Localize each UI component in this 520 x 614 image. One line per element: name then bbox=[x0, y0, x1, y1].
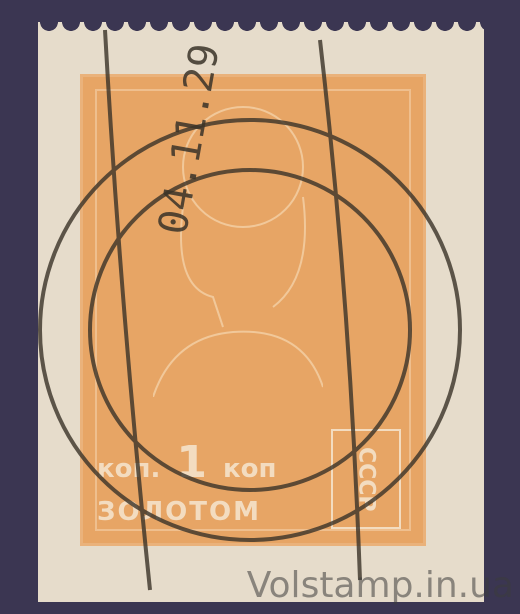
watermark: Volstamp.in.ua bbox=[247, 565, 514, 606]
denomination-value: 1 bbox=[176, 437, 207, 488]
stamp-design: коп. 1 коп ЗОЛОТОМ СССР bbox=[80, 74, 426, 546]
denomination-left: коп. bbox=[97, 454, 160, 484]
currency-word: ЗОЛОТОМ bbox=[97, 497, 261, 527]
denomination-right: коп bbox=[223, 454, 276, 484]
ussr-monogram: СССР bbox=[331, 429, 401, 529]
